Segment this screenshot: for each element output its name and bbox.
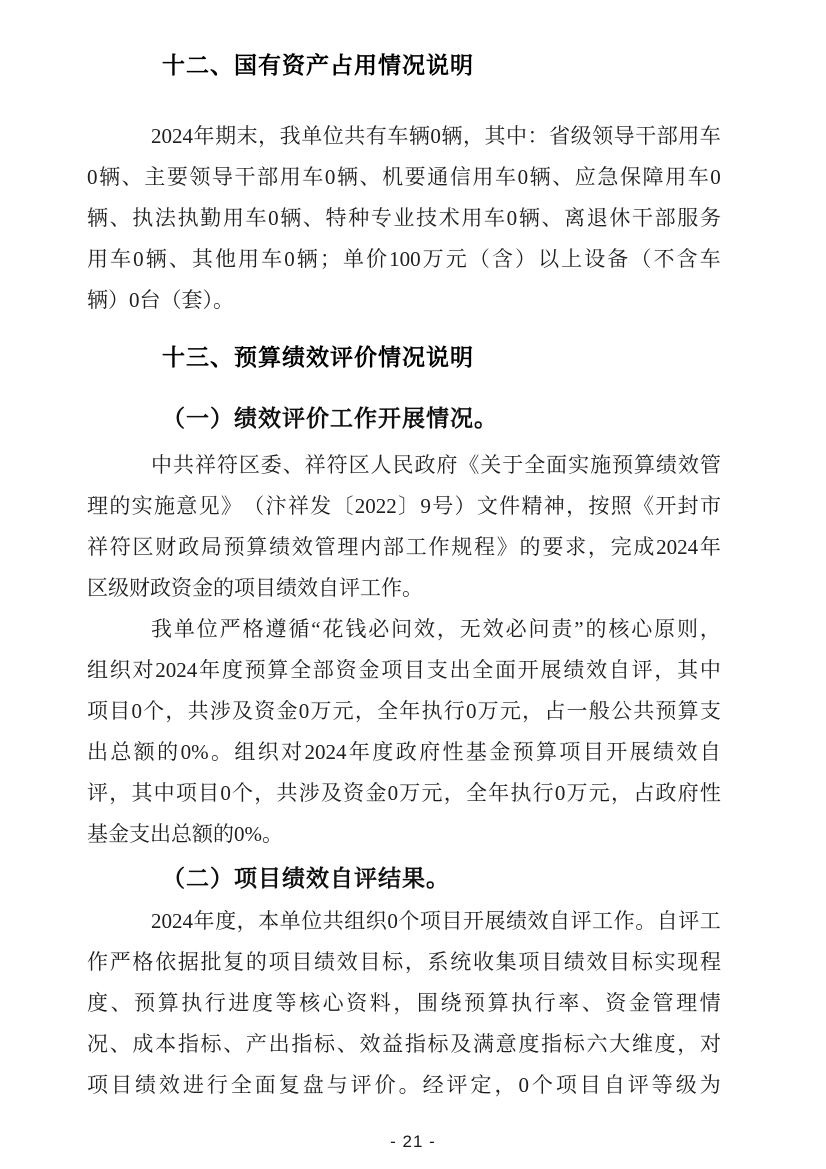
text-line: 出总额的0%。组织对2024年度政府性基金预算项目开展绩效自 [87, 732, 721, 773]
text-line: 作严格依据批复的项目绩效目标，系统收集项目绩效目标实现程 [87, 942, 721, 983]
text-line: 辆）0台（套）。 [87, 280, 721, 321]
text-line: 区级财政资金的项目绩效自评工作。 [87, 568, 721, 609]
sub-heading-evaluation-work: （一）绩效评价工作开展情况。 [87, 398, 721, 439]
text-line: 0辆、主要领导干部用车0辆、机要通信用车0辆、应急保障用车0 [87, 157, 721, 198]
text-line: 况、成本指标、产出指标、效益指标及满意度指标六大维度，对 [87, 1024, 721, 1065]
document-content: 十二、国有资产占用情况说明 2024年期末，我单位共有车辆0辆，其中：省级领导干… [87, 45, 721, 1106]
text-line: 基金支出总额的0%。 [87, 814, 721, 855]
text-line: 2024年期末，我单位共有车辆0辆，其中：省级领导干部用车 [87, 116, 721, 157]
paragraph-self-evaluation-scope: 我单位严格遵循“花钱必问效，无效必问责”的核心原则，组织对2024年度预算全部资… [87, 609, 721, 855]
text-line: 评，其中项目0个，共涉及资金0万元，全年执行0万元，占政府性 [87, 773, 721, 814]
section-heading-budget-performance: 十三、预算绩效评价情况说明 [87, 337, 721, 378]
section-heading-state-assets: 十二、国有资产占用情况说明 [87, 45, 721, 86]
page-footer: - 21 - [0, 1132, 826, 1152]
paragraph-vehicle-assets: 2024年期末，我单位共有车辆0辆，其中：省级领导干部用车0辆、主要领导干部用车… [87, 116, 721, 321]
text-line: 中共祥符区委、祥符区人民政府《关于全面实施预算绩效管 [87, 445, 721, 486]
text-line: 项目绩效进行全面复盘与评价。经评定，0个项目自评等级为 [87, 1065, 721, 1106]
text-line: 项目0个，共涉及资金0万元，全年执行0万元，占一般公共预算支 [87, 691, 721, 732]
text-line: 祥符区财政局预算绩效管理内部工作规程》的要求，完成2024年 [87, 527, 721, 568]
text-line: 组织对2024年度预算全部资金项目支出全面开展绩效自评，其中 [87, 650, 721, 691]
sub-heading-evaluation-results: （二）项目绩效自评结果。 [87, 858, 721, 899]
text-line: 2024年度，本单位共组织0个项目开展绩效自评工作。自评工 [87, 901, 721, 942]
paragraph-evaluation-results: 2024年度，本单位共组织0个项目开展绩效自评工作。自评工作严格依据批复的项目绩… [87, 901, 721, 1106]
text-line: 辆、执法执勤用车0辆、特种专业技术用车0辆、离退休干部服务 [87, 198, 721, 239]
text-line: 用车0辆、其他用车0辆；单价100万元（含）以上设备（不含车 [87, 239, 721, 280]
document-page: 十二、国有资产占用情况说明 2024年期末，我单位共有车辆0辆，其中：省级领导干… [0, 0, 826, 1169]
text-line: 度、预算执行进度等核心资料，围绕预算执行率、资金管理情 [87, 983, 721, 1024]
paragraph-policy-basis: 中共祥符区委、祥符区人民政府《关于全面实施预算绩效管理的实施意见》（汴祥发〔20… [87, 445, 721, 609]
text-line: 理的实施意见》（汴祥发〔2022〕9号）文件精神，按照《开封市 [87, 486, 721, 527]
page-number: - 21 - [390, 1132, 436, 1151]
text-line: 我单位严格遵循“花钱必问效，无效必问责”的核心原则， [87, 609, 721, 650]
